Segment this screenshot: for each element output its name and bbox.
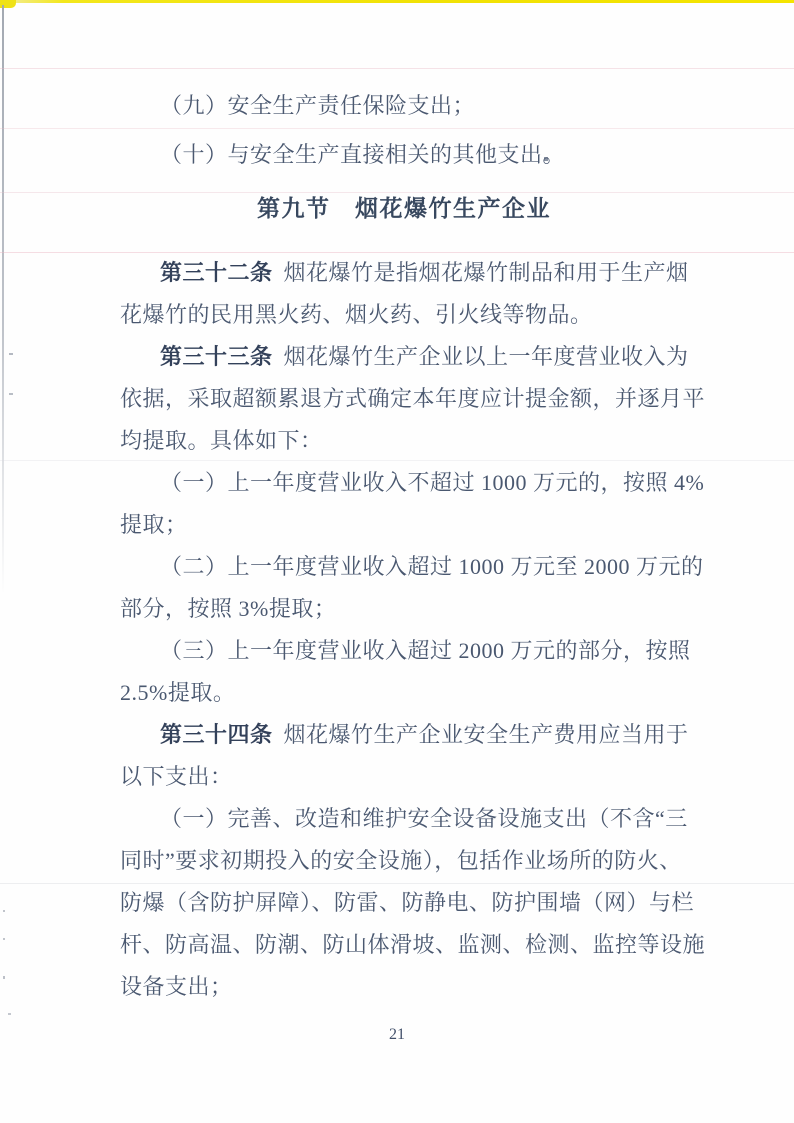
scan-speck (9, 353, 13, 355)
line-text: （一）上一年度营业收入不超过 1000 万元的，按照 4% (160, 470, 704, 495)
document-line: 防爆（含防护屏障）、防雷、防静电、防护围墙（网）与栏 (120, 882, 688, 924)
scan-left-edge-artifact (2, 5, 4, 595)
line-text: 提取； (120, 512, 188, 537)
scan-speck (8, 1013, 11, 1015)
line-text: （十）与安全生产直接相关的其他支出。 (160, 142, 565, 167)
line-text: 设备支出； (120, 974, 233, 999)
document-line: 第三十四条烟花爆竹生产企业安全生产费用应当用于 (120, 714, 688, 756)
document-line: （三）上一年度营业收入超过 2000 万元的部分，按照 (120, 630, 688, 672)
scan-streak (0, 68, 794, 69)
document-line: （十）与安全生产直接相关的其他支出。 (120, 130, 688, 179)
section-heading: 第九节 烟花爆竹生产企业 (120, 187, 688, 229)
line-text: （三）上一年度营业收入超过 2000 万元的部分，按照 (160, 638, 691, 663)
line-text: 烟花爆竹生产企业以上一年度营业收入为 (284, 344, 689, 369)
document-line: 2.5%提取。 (120, 672, 688, 714)
scan-speck (3, 910, 5, 912)
line-text: 杆、防高温、防潮、防山体滑坡、监测、检测、监控等设施 (120, 932, 705, 957)
line-text: 花爆竹的民用黑火药、烟火药、引火线等物品。 (120, 302, 593, 327)
document-line: 杆、防高温、防潮、防山体滑坡、监测、检测、监控等设施 (120, 924, 688, 966)
document-line: 提取； (120, 504, 688, 546)
body-lines: 第三十二条烟花爆竹是指烟花爆竹制品和用于生产烟花爆竹的民用黑火药、烟火药、引火线… (120, 252, 688, 1008)
document-line: 依据，采取超额累退方式确定本年度应计提金额，并逐月平 (120, 378, 688, 420)
document-line: 以下支出： (120, 756, 688, 798)
scan-speck (3, 938, 5, 940)
document-line: （九）安全生产责任保险支出； (120, 81, 688, 130)
line-text: 烟花爆竹生产企业安全生产费用应当用于 (284, 722, 689, 747)
document-line: （一）上一年度营业收入不超过 1000 万元的，按照 4% (120, 462, 688, 504)
document-line: 均提取。具体如下： (120, 420, 688, 462)
page-number: 21 (0, 1024, 794, 1046)
document-line: 花爆竹的民用黑火药、烟火药、引火线等物品。 (120, 294, 688, 336)
intro-lines: （九）安全生产责任保险支出；（十）与安全生产直接相关的其他支出。 (120, 81, 688, 179)
article-number: 第三十二条 (160, 260, 273, 285)
document-line: 第三十三条烟花爆竹生产企业以上一年度营业收入为 (120, 336, 688, 378)
document-page-content: （九）安全生产责任保险支出；（十）与安全生产直接相关的其他支出。 第九节 烟花爆… (120, 81, 688, 1008)
article-number: 第三十四条 (160, 722, 273, 747)
line-text: （一）完善、改造和维护安全设备设施支出（不含“三 (160, 806, 688, 831)
line-text: 同时”要求初期投入的安全设施），包括作业场所的防火、 (120, 848, 682, 873)
document-line: 设备支出； (120, 966, 688, 1008)
article-number: 第三十三条 (160, 344, 273, 369)
document-line: 第三十二条烟花爆竹是指烟花爆竹制品和用于生产烟 (120, 252, 688, 294)
line-text: 以下支出： (120, 764, 233, 789)
scan-speck (3, 976, 5, 979)
line-text: 依据，采取超额累退方式确定本年度应计提金额，并逐月平 (120, 386, 705, 411)
document-line: （二）上一年度营业收入超过 1000 万元至 2000 万元的 (120, 546, 688, 588)
document-line: （一）完善、改造和维护安全设备设施支出（不含“三 (120, 798, 688, 840)
line-text: （二）上一年度营业收入超过 1000 万元至 2000 万元的 (160, 554, 704, 579)
scan-top-edge-artifact (0, 0, 794, 3)
document-line: 部分，按照 3%提取； (120, 588, 688, 630)
line-text: 防爆（含防护屏障）、防雷、防静电、防护围墙（网）与栏 (120, 890, 694, 915)
line-text: 烟花爆竹是指烟花爆竹制品和用于生产烟 (284, 260, 689, 285)
line-text: 2.5%提取。 (120, 680, 235, 705)
document-line: 同时”要求初期投入的安全设施），包括作业场所的防火、 (120, 840, 688, 882)
scan-speck (9, 393, 13, 395)
line-text: 部分，按照 3%提取； (120, 596, 336, 621)
line-text: 均提取。具体如下： (120, 428, 323, 453)
line-text: （九）安全生产责任保险支出； (160, 93, 475, 118)
